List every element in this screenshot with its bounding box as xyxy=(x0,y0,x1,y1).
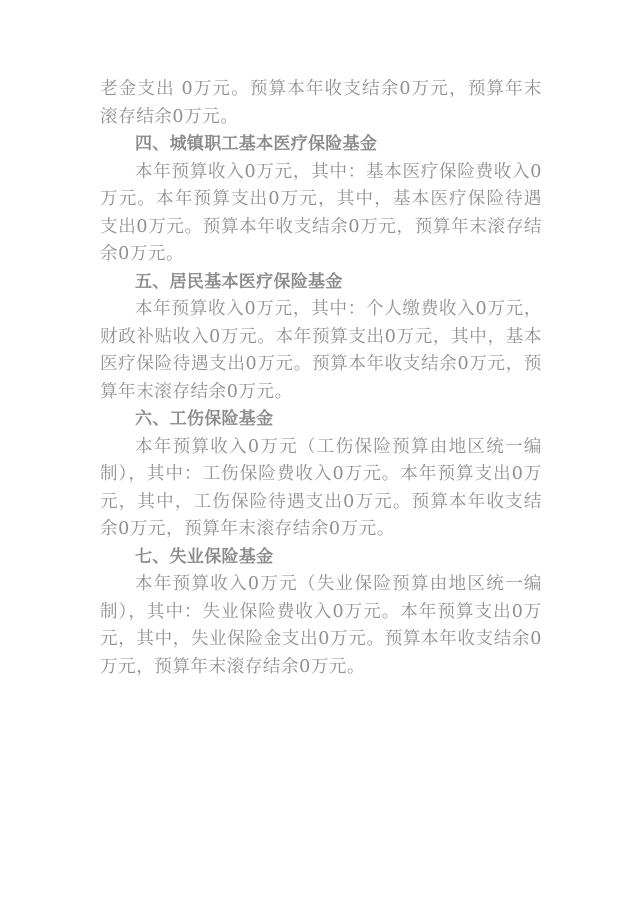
section-heading-resident-medical: 五、居民基本医疗保险基金 xyxy=(100,269,542,297)
section-heading-unemployment: 七、失业保险基金 xyxy=(100,544,542,572)
intro-paragraph: 老金支出 0万元。预算本年收支结余0万元，预算年末滚存结余0万元。 xyxy=(100,76,542,131)
section-body-unemployment: 本年预算收入0万元（失业保险预算由地区统一编制），其中：失业保险费收入0万元。本… xyxy=(100,571,542,681)
section-heading-urban-employee-medical: 四、城镇职工基本医疗保险基金 xyxy=(100,131,542,159)
section-body-work-injury: 本年预算收入0万元（工伤保险预算由地区统一编制），其中：工伤保险费收入0万元。本… xyxy=(100,434,542,544)
section-body-resident-medical: 本年预算收入0万元，其中：个人缴费收入0万元，财政补贴收入0万元。本年预算支出0… xyxy=(100,296,542,406)
section-heading-work-injury: 六、工伤保险基金 xyxy=(100,406,542,434)
document-page: 老金支出 0万元。预算本年收支结余0万元，预算年末滚存结余0万元。 四、城镇职工… xyxy=(100,76,542,681)
section-body-urban-employee-medical: 本年预算收入0万元，其中：基本医疗保险费收入0万元。本年预算支出0万元，其中，基… xyxy=(100,159,542,269)
